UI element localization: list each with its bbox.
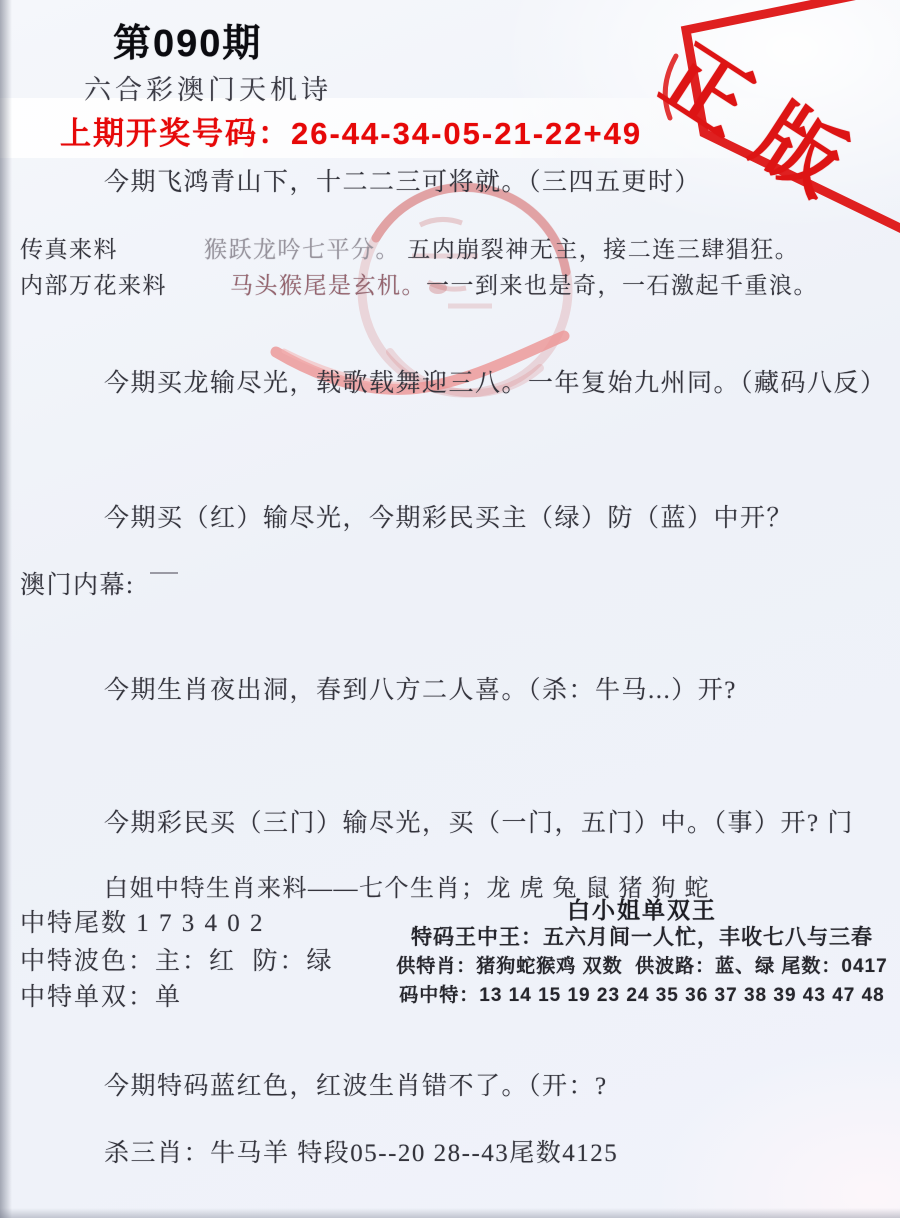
fax-poem-washed: 猴跃龙吟七平分。 [204, 237, 400, 262]
right-info-line3: 码中特：13 14 15 19 23 24 35 36 37 38 39 43 … [392, 980, 892, 1007]
tip-color: 今期买（红）输尽光，今期彩民买主（绿）防（蓝）中开？ [104, 498, 793, 534]
poem-line: 今期飞鸿青山下，十二二三可将就。（三四五更时） [104, 162, 701, 198]
issue-title: 第090期 [113, 12, 262, 67]
tip-final: 今期特码蓝红色，红波生肖错不了。（开：? [104, 1066, 608, 1102]
internal-label: 内部万花来料 [20, 267, 167, 300]
internal-poem-rest: 一一到来也是奇，一石激起千重浪。 [426, 273, 818, 298]
fax-poem-rest: 五内崩裂神无主，接二连三肆猖狂。 [400, 237, 799, 262]
tip-cangma: 今期买龙输尽光，载歌载舞迎三八。一年复始九州同。（藏码八反） [104, 363, 887, 399]
left-info-tail-numbers: 中特尾数 1 7 3 4 0 2 [20, 903, 265, 939]
last-draw-numbers: 26-44-34-05-21-22+49 [291, 116, 642, 151]
fax-artifact-dash [150, 572, 178, 574]
scan-edge-left [0, 0, 12, 1218]
tip-doors: 今期彩民买（三门）输尽光，买（一门，五门）中。（事）开? 门 [104, 803, 854, 839]
right-info-line1: 特码王中王：五六月间一人忙，丰收七八与三春 [392, 921, 892, 951]
lottery-fax-page: 第090期 六合彩澳门天机诗 上期开奖号码：26-44-34-05-21-22+… [0, 0, 900, 1218]
right-info-line2: 供特肖：猪狗蛇猴鸡 双数 供波路：蓝、绿 尾数：0417 [392, 951, 892, 978]
scan-edge-bottom [0, 1208, 900, 1218]
internal-poem-washed: 马头猴尾是玄机。 [230, 273, 426, 298]
left-info-odd-even: 中特单双：单 [20, 977, 182, 1013]
fax-label: 传真来料 [20, 231, 118, 264]
last-draw-label: 上期开奖号码： [60, 116, 291, 151]
page-subtitle: 六合彩澳门天机诗 [84, 68, 332, 107]
fax-poem: 猴跃龙吟七平分。 五内崩裂神无主，接二连三肆猖狂。 [204, 231, 799, 264]
tip-kill-three: 杀三肖：牛马羊 特段05--20 28--43尾数4125 [104, 1133, 618, 1169]
left-info-wave-color: 中特波色：主：红 防：绿 [20, 941, 334, 977]
tip-zodiac: 今期生肖夜出洞，春到八方二人喜。（杀：牛马...）开? [104, 670, 737, 706]
last-draw-line: 上期开奖号码：26-44-34-05-21-22+49 [60, 108, 642, 153]
internal-poem: 马头猴尾是玄机。一一到来也是奇，一石激起千重浪。 [230, 267, 818, 300]
macau-insider-label: 澳门内幕: [20, 565, 134, 601]
